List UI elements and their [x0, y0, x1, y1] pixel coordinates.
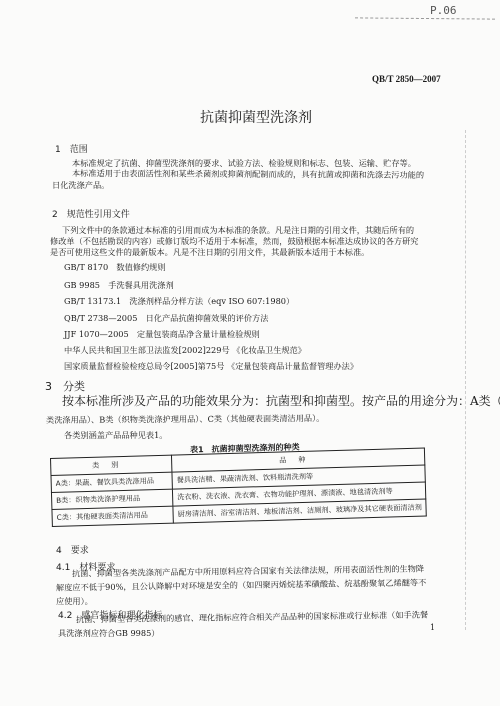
section-3-heading: 3 分类 [45, 378, 85, 394]
s3-line-1: 按本标准所涉及产品的功能效果分为：抗菌型和抑菌型。按产品的用途分为：A类（果蔬、… [62, 396, 500, 408]
document-title: 抗菌抑菌型洗涤剂 [200, 107, 312, 127]
s41-line-1: 抗菌、抑菌型各类洗涤剂产品配方中所用原料应符合国家有关法律法规，所用表面活性剂的… [72, 564, 424, 580]
section-4-heading: 4 要求 [56, 543, 89, 556]
fax-page-marker: P.06 [430, 4, 457, 17]
s41-line-2: 解度应不低于90%，且公认降解中对环境是安全的（如四聚丙烯烷基苯磺酸盐、烷基酚聚… [56, 577, 426, 593]
s2-line-3: 是否可使用这些文件的最新版本。凡是不注日期的引用文件，其最新版本适用于本标准。 [50, 247, 369, 258]
ref-4: QB/T 2738—2005 日化产品抗菌抑菌效果的评价方法 [64, 313, 268, 324]
s1-line-3: 日化洗涤产品。 [52, 180, 109, 191]
ref-1: GB/T 8170 数值修约规则 [64, 262, 166, 273]
ref-2: GB 9985 手洗餐具用洗涤剂 [64, 280, 174, 291]
ref-6: 中华人民共和国卫生部卫法监发[2002]229号 《化妆品卫生规范》 [64, 345, 306, 356]
s2-line-2: 修改单（不包括勘误的内容）或修订版均不适用于本标准，然而，鼓励根据本标准达成协议… [50, 236, 418, 247]
s42-line-2: 具洗涤剂应符合GB 9985） [58, 628, 160, 639]
fax-divider [355, 17, 495, 19]
ref-5: JJF 1070—2005 定量包装商品净含量计量检验规则 [64, 329, 260, 340]
section-2-heading: 2 规范性引用文件 [52, 207, 130, 220]
ref-3: GB/T 13173.1 洗涤剂样品分样方法（eqv ISO 607:1980） [64, 296, 294, 307]
s1-line-2: 本标准适用于由表面活性剂和某些杀菌剂或抑菌剂配制而成的，具有抗菌或抑菌和洗涤去污… [72, 168, 424, 181]
s3-line-2: 类洗涤用品）、B类（织物类洗涤护理用品）、C类（其他硬表面类清洁用品）。 [46, 413, 324, 426]
s1-line-1: 本标准规定了抗菌、抑菌型洗涤剂的要求、试验方法、检验规则和标志、包装、运输、贮存… [72, 158, 416, 169]
page-number: 1 [430, 623, 435, 632]
s2-line-1: 下列文件中的条款通过本标准的引用而成为本标准的条款。凡是注日期的引用文件，其随后… [62, 225, 414, 236]
section-1-heading: 1 范围 [55, 142, 88, 155]
standard-number: QB/T 2850—2007 [372, 74, 441, 84]
row-c-category: C类：其他硬表面类清洁用品 [52, 506, 173, 526]
ref-7: 国家质量监督检验检疫总局令[2005]第75号 《定量包装商品计量监督管理办法》 [64, 361, 358, 372]
scan-margin-line [465, 130, 466, 630]
s3-line-3: 各类别涵盖产品品种见表1。 [64, 430, 167, 441]
classification-table: 类别 品种 A类：果蔬、餐饮具类洗涤用品 餐具洗洁精、果蔬清洗剂、饮料瓶清洗剂等… [50, 448, 427, 527]
s41-line-3: 应使用）。 [56, 596, 93, 607]
